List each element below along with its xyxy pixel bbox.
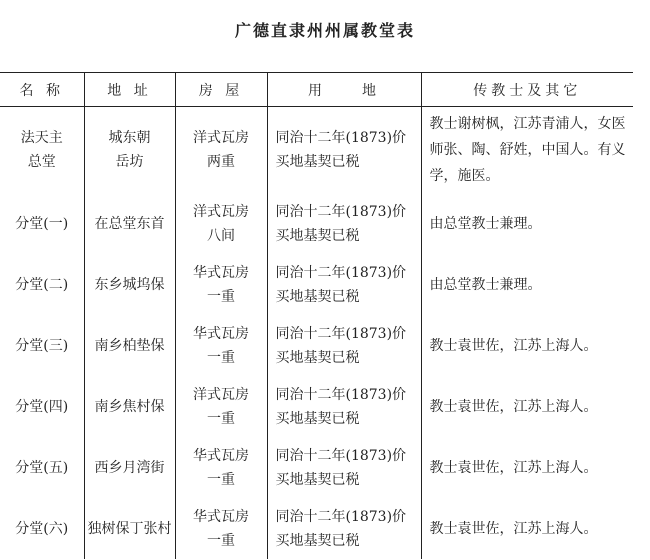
- church-table: 名 称 地 址 房 屋 用 地 传教士及其它 法天主总堂城东朝岳坊洋式瓦房两重同…: [0, 72, 633, 559]
- header-building: 房 屋: [175, 73, 267, 107]
- table-row: 分堂(一)在总堂东首洋式瓦房八间同治十二年(1873)价买地基契已税由总堂教士兼…: [0, 193, 633, 254]
- cell-building: 华式瓦房一重: [175, 498, 267, 559]
- table-row: 法天主总堂城东朝岳坊洋式瓦房两重同治十二年(1873)价买地基契已税教士谢树枫，…: [0, 107, 633, 194]
- cell-notes: 教士袁世佐，江苏上海人。: [421, 376, 633, 437]
- table-row: 分堂(三)南乡柏垫保华式瓦房一重同治十二年(1873)价买地基契已税教士袁世佐，…: [0, 315, 633, 376]
- cell-building: 华式瓦房一重: [175, 254, 267, 315]
- cell-land: 同治十二年(1873)价买地基契已税: [267, 376, 421, 437]
- cell-land: 同治十二年(1873)价买地基契已税: [267, 315, 421, 376]
- cell-notes: 教士谢树枫，江苏青浦人，女医师张、陶、舒姓，中国人。有义学，施医。: [421, 107, 633, 194]
- cell-notes: 由总堂教士兼理。: [421, 254, 633, 315]
- header-name: 名 称: [0, 73, 84, 107]
- cell-address: 在总堂东首: [84, 193, 175, 254]
- cell-land: 同治十二年(1873)价买地基契已税: [267, 107, 421, 194]
- cell-building: 华式瓦房一重: [175, 437, 267, 498]
- cell-notes: 由总堂教士兼理。: [421, 193, 633, 254]
- cell-address: 城东朝岳坊: [84, 107, 175, 194]
- cell-address: 南乡焦村保: [84, 376, 175, 437]
- cell-name: 分堂(六): [0, 498, 84, 559]
- cell-address: 西乡月湾街: [84, 437, 175, 498]
- table-row: 分堂(六)独树保丁张村华式瓦房一重同治十二年(1873)价买地基契已税教士袁世佐…: [0, 498, 633, 559]
- header-land: 用 地: [267, 73, 421, 107]
- header-missionary: 传教士及其它: [421, 73, 633, 107]
- cell-building: 洋式瓦房一重: [175, 376, 267, 437]
- cell-name: 分堂(三): [0, 315, 84, 376]
- cell-notes: 教士袁世佐，江苏上海人。: [421, 315, 633, 376]
- cell-name: 法天主总堂: [0, 107, 84, 194]
- table-row: 分堂(二)东乡城坞保华式瓦房一重同治十二年(1873)价买地基契已税由总堂教士兼…: [0, 254, 633, 315]
- table-row: 分堂(四)南乡焦村保洋式瓦房一重同治十二年(1873)价买地基契已税教士袁世佐，…: [0, 376, 633, 437]
- cell-name: 分堂(一): [0, 193, 84, 254]
- cell-land: 同治十二年(1873)价买地基契已税: [267, 498, 421, 559]
- cell-building: 华式瓦房一重: [175, 315, 267, 376]
- header-address: 地 址: [84, 73, 175, 107]
- cell-name: 分堂(二): [0, 254, 84, 315]
- header-row: 名 称 地 址 房 屋 用 地 传教士及其它: [0, 73, 633, 107]
- cell-land: 同治十二年(1873)价买地基契已税: [267, 437, 421, 498]
- cell-notes: 教士袁世佐，江苏上海人。: [421, 498, 633, 559]
- table-row: 分堂(五)西乡月湾街华式瓦房一重同治十二年(1873)价买地基契已税教士袁世佐，…: [0, 437, 633, 498]
- cell-name: 分堂(四): [0, 376, 84, 437]
- cell-address: 东乡城坞保: [84, 254, 175, 315]
- cell-name: 分堂(五): [0, 437, 84, 498]
- cell-building: 洋式瓦房两重: [175, 107, 267, 194]
- cell-land: 同治十二年(1873)价买地基契已税: [267, 254, 421, 315]
- page-title: 广德直隶州州属教堂表: [0, 18, 650, 41]
- cell-land: 同治十二年(1873)价买地基契已税: [267, 193, 421, 254]
- cell-notes: 教士袁世佐，江苏上海人。: [421, 437, 633, 498]
- cell-building: 洋式瓦房八间: [175, 193, 267, 254]
- cell-address: 独树保丁张村: [84, 498, 175, 559]
- cell-address: 南乡柏垫保: [84, 315, 175, 376]
